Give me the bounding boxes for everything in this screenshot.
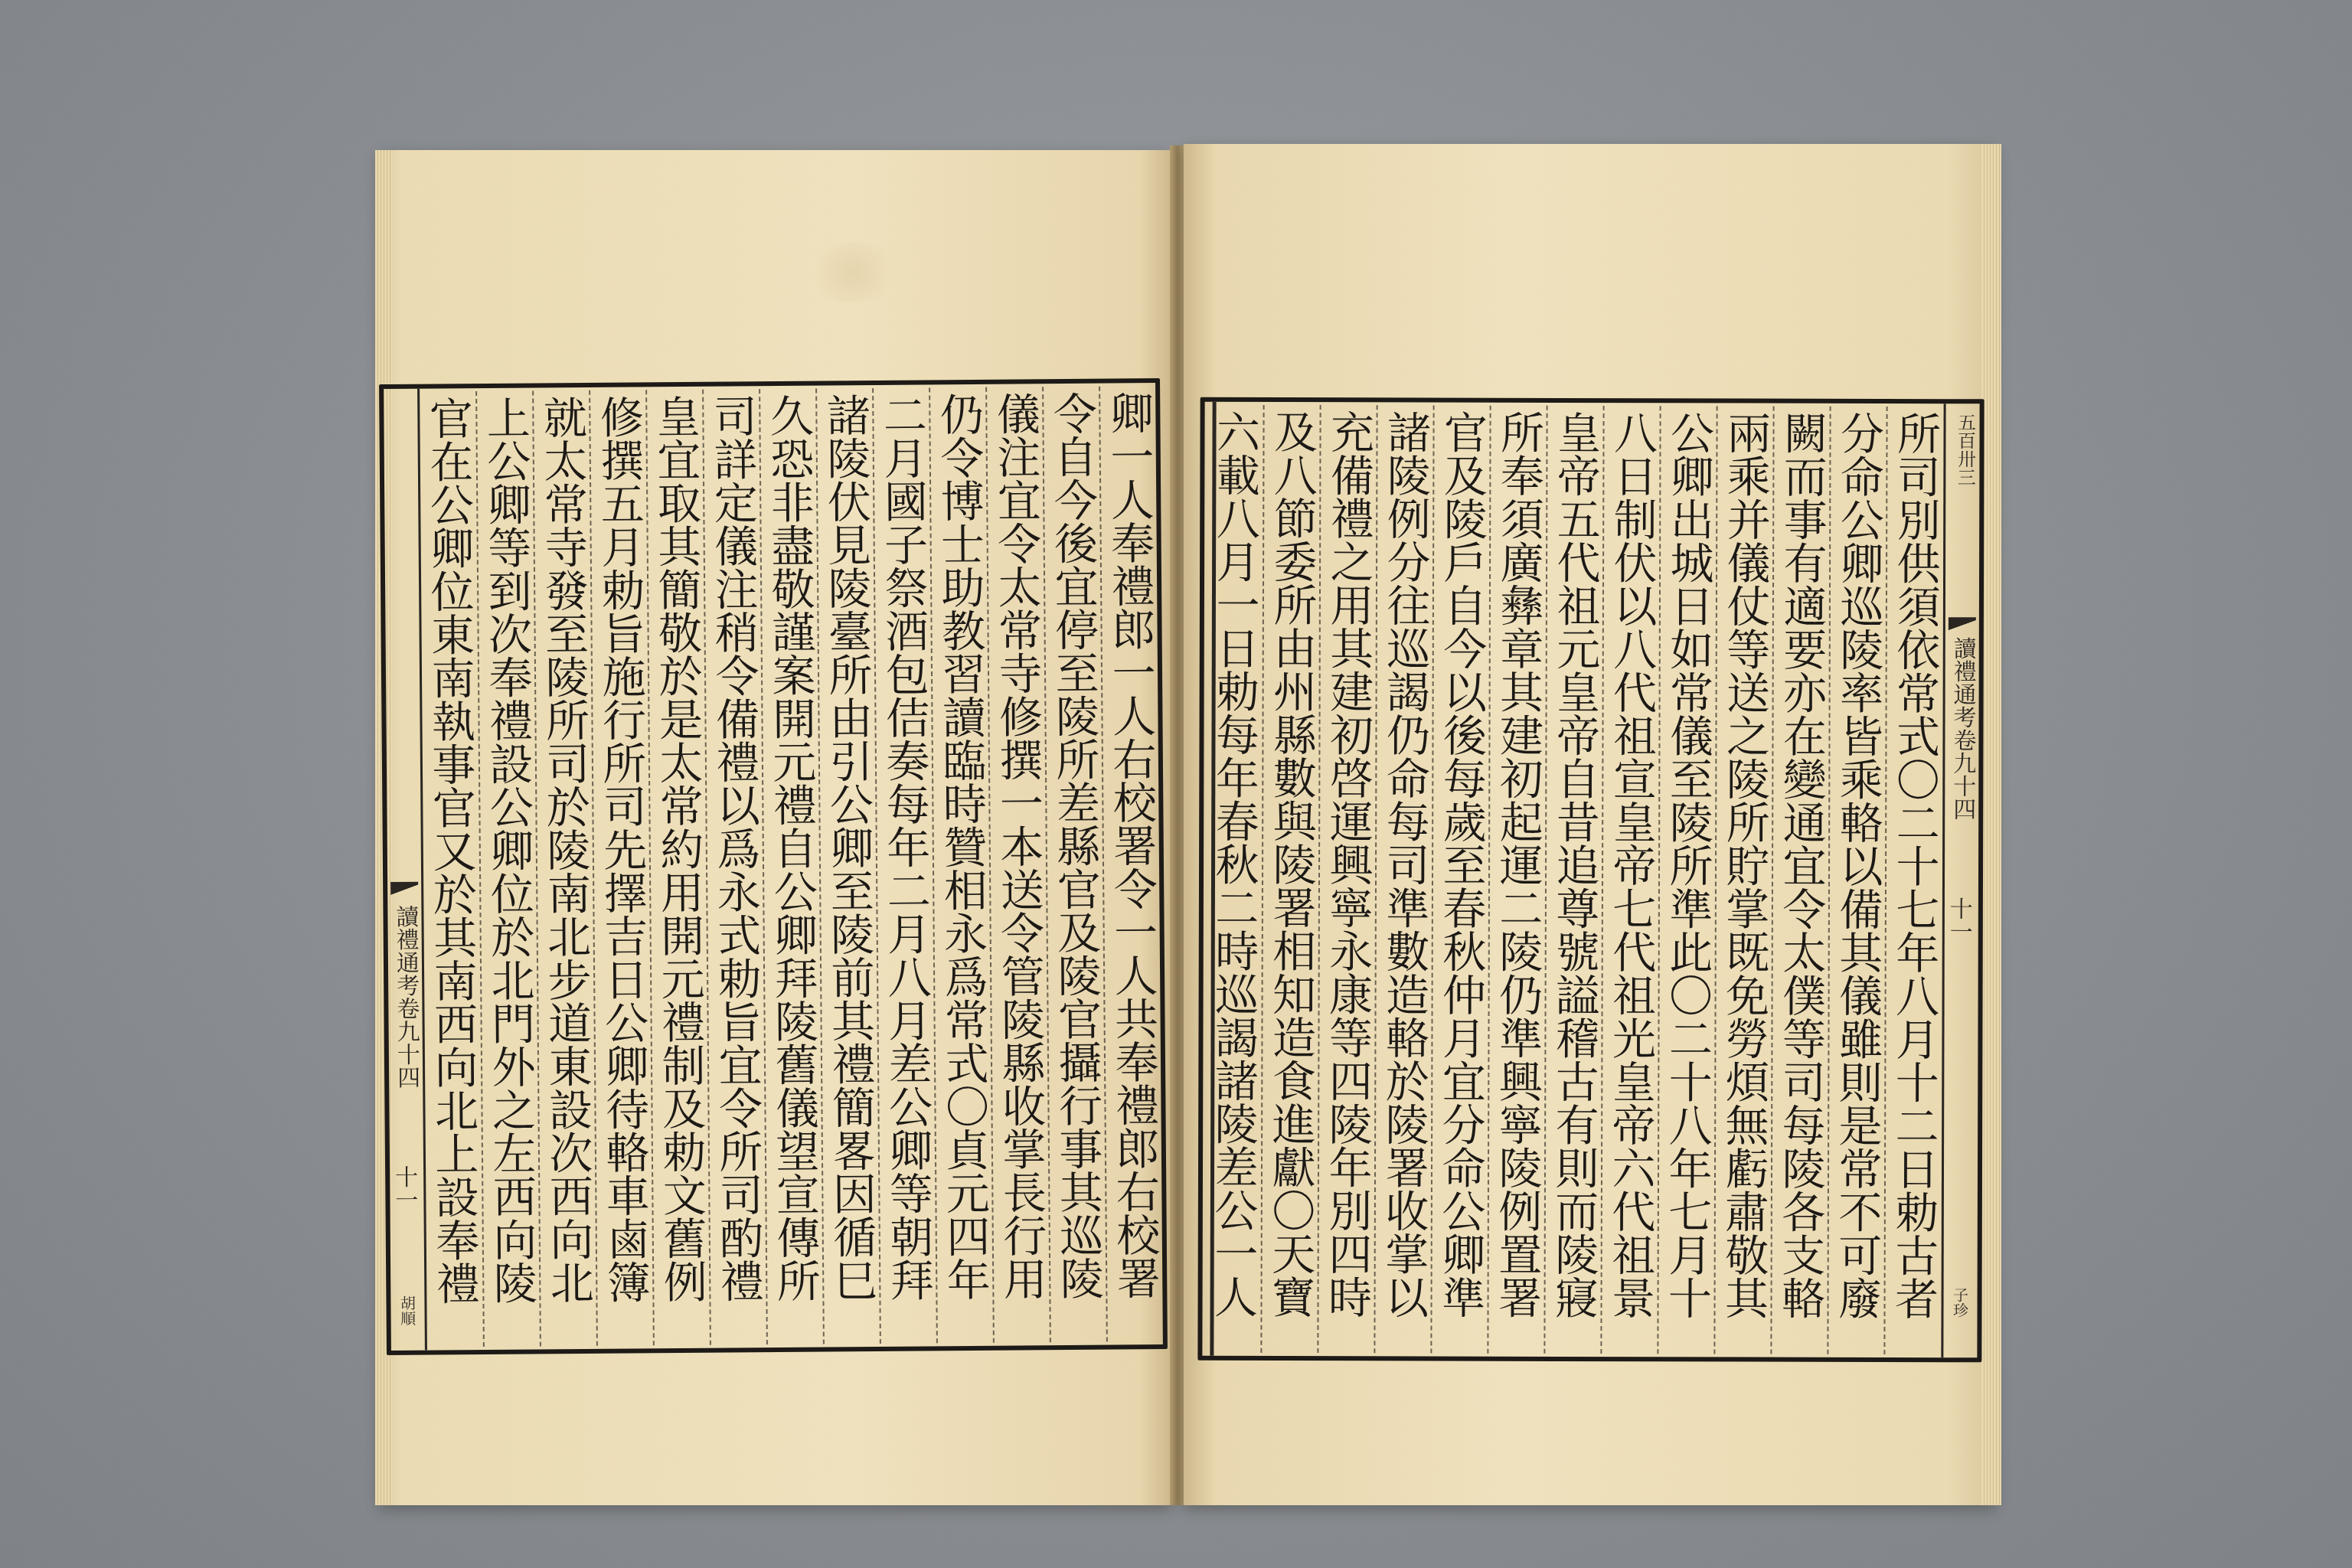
banxin-folio-number: 十一 bbox=[393, 1165, 420, 1211]
column-text: 八日制伏以八代祖宣皇帝七代祖光皇帝六代祖景 bbox=[1601, 406, 1660, 1354]
column-text: 及八節委所由州縣數與陵署相知造食進獻〇天寶 bbox=[1261, 405, 1320, 1353]
left-text-columns: 卿一人奉禮郎一人右校署令一人共奉禮郎右校署 令自今後宜停至陵所差縣官及陵官攝行事… bbox=[420, 386, 1163, 1347]
banxin-title: 讀禮通考卷九十四 bbox=[1946, 636, 1978, 820]
column-text: 所司別供須依常式〇二十七年八月十二日勅古者 bbox=[1884, 407, 1943, 1354]
column-text: 充備禮之用其建初啓運興寧永康等四陵年別四時 bbox=[1318, 405, 1377, 1353]
text-column: 令自今後宜停至陵所差縣官及陵官攝行事其巡陵 bbox=[1042, 387, 1106, 1343]
text-column: 所司別供須依常式〇二十七年八月十二日勅古者 bbox=[1883, 407, 1942, 1354]
text-column: 就太常寺發至陵所司於陵南北步道東設次西向北 bbox=[532, 390, 596, 1347]
column-text: 上公卿等到次奉禮設公卿位於北門外之左西向陵 bbox=[476, 390, 541, 1347]
text-column: 分命公卿巡陵率皆乘輅以備其儀雖則是常不可廢 bbox=[1827, 407, 1886, 1354]
column-text: 諸陵伏見陵臺所由引公卿至陵前其禮簡畧因循巳 bbox=[816, 388, 880, 1344]
right-banxin: 五百卅三 讀禮通考卷九十四 十一 子珍 bbox=[1943, 407, 1979, 1354]
text-column: 上公卿等到次奉禮設公卿位於北門外之左西向陵 bbox=[475, 390, 540, 1347]
column-text: 修撰五月勅旨施行所司先擇吉日公卿待輅車鹵簿 bbox=[590, 390, 654, 1346]
text-column: 六載八月一日勅每年春秋二時巡謁諸陵差公一人 bbox=[1204, 405, 1263, 1353]
text-column: 所奉須廣彝章其建初起運二陵仍準興寧陵例置署 bbox=[1487, 406, 1546, 1354]
text-column: 八日制伏以八代祖宣皇帝七代祖光皇帝六代祖景 bbox=[1600, 406, 1659, 1354]
column-text: 官及陵戶自今以後每歲至春秋仲月宜分命公卿準 bbox=[1431, 405, 1490, 1353]
column-text: 二月國子祭酒包佶奏每年二月八月差公卿等朝拜 bbox=[873, 387, 937, 1344]
right-text-frame: 所司別供須依常式〇二十七年八月十二日勅古者 分命公卿巡陵率皆乘輅以備其儀雖則是常… bbox=[1197, 397, 1984, 1363]
column-text: 令自今後宜停至陵所差縣官及陵官攝行事其巡陵 bbox=[1043, 387, 1107, 1343]
column-text: 官在公卿位東南執事官又於其南西向北上設奉禮 bbox=[419, 391, 483, 1347]
text-column: 皇帝五代祖元皇帝自昔追尊號謚稽古有則而陵寢 bbox=[1543, 406, 1602, 1354]
text-column: 諸陵例分往巡謁仍命每司準數造輅於陵署收掌以 bbox=[1374, 405, 1432, 1353]
text-column: 皇宜取其簡敬於是太常約用開元禮制及勅文舊例 bbox=[645, 390, 710, 1346]
banxin-carver-name: 胡順 bbox=[395, 1295, 418, 1326]
text-column: 卿一人奉禮郎一人右校署令一人共奉禮郎右校署 bbox=[1099, 386, 1163, 1342]
column-text: 皇宜取其簡敬於是太常約用開元禮制及勅文舊例 bbox=[646, 390, 710, 1346]
column-text: 皇帝五代祖元皇帝自昔追尊號謚稽古有則而陵寢 bbox=[1544, 406, 1603, 1354]
text-column: 司詳定儀注稍令備禮以爲永式勅旨宜令所司酌禮 bbox=[702, 389, 766, 1345]
paper-stain bbox=[807, 242, 899, 303]
text-column: 仍令博士助教習讀臨時贊相永爲常式〇貞元四年 bbox=[929, 387, 993, 1344]
column-text: 公卿出城日如常儀至陵所準此〇二十八年七月十 bbox=[1658, 406, 1717, 1354]
column-text: 諸陵例分往巡謁仍命每司準數造輅於陵署收掌以 bbox=[1374, 405, 1433, 1353]
text-column: 公卿出城日如常儀至陵所準此〇二十八年七月十 bbox=[1657, 406, 1716, 1354]
banxin-title: 讀禮通考卷九十四 bbox=[389, 905, 421, 1089]
right-text-columns: 所司別供須依常式〇二十七年八月十二日勅古者 分命公卿巡陵率皆乘輅以備其儀雖則是常… bbox=[1217, 405, 1942, 1354]
fishtail-mark-icon bbox=[390, 882, 418, 897]
text-column: 修撰五月勅旨施行所司先擇吉日公卿待輅車鹵簿 bbox=[589, 390, 653, 1346]
text-column: 官在公卿位東南執事官又於其南西向北上設奉禮 bbox=[419, 391, 483, 1347]
text-column: 儀注宜令太常寺修撰一本送令管陵縣收掌長行用 bbox=[985, 387, 1050, 1343]
column-text: 六載八月一日勅每年春秋二時巡謁諸陵差公一人 bbox=[1204, 405, 1263, 1353]
column-text: 久恐非盡敬謹案開元禮自公卿拜陵舊儀望宣傳所 bbox=[759, 389, 824, 1345]
column-text: 卿一人奉禮郎一人右校署令一人共奉禮郎右校署 bbox=[1099, 386, 1164, 1342]
text-column: 久恐非盡敬謹案開元禮自公卿拜陵舊儀望宣傳所 bbox=[759, 389, 823, 1345]
text-column: 闕而事有適要亦在變通宜令太僕等司每陵各支輅 bbox=[1770, 407, 1829, 1354]
column-text: 所奉須廣彝章其建初起運二陵仍準興寧陵例置署 bbox=[1488, 406, 1547, 1354]
text-column: 二月國子祭酒包佶奏每年二月八月差公卿等朝拜 bbox=[872, 387, 936, 1344]
right-page-stacked-edges bbox=[1981, 144, 2001, 1505]
text-column: 充備禮之用其建初啓運興寧永康等四陵年別四時 bbox=[1317, 405, 1376, 1353]
text-column: 諸陵伏見陵臺所由引公卿至陵前其禮簡畧因循巳 bbox=[815, 388, 880, 1344]
fishtail-mark-icon bbox=[1949, 617, 1976, 632]
column-text: 分命公卿巡陵率皆乘輅以備其儀雖則是常不可廢 bbox=[1828, 407, 1886, 1354]
column-text: 闕而事有適要亦在變通宜令太僕等司每陵各支輅 bbox=[1771, 407, 1830, 1354]
column-text: 儀注宜令太常寺修撰一本送令管陵縣收掌長行用 bbox=[986, 387, 1050, 1343]
left-text-frame: 讀禮通考卷九十四 十一 胡順 卿一人奉禮郎一人右校署令一人共奉禮郎右校署 令自今… bbox=[379, 378, 1168, 1355]
column-text: 就太常寺發至陵所司於陵南北步道東設次西向北 bbox=[533, 390, 597, 1347]
banxin-folio-number: 十一 bbox=[1948, 897, 1975, 942]
text-column: 官及陵戶自今以後每歲至春秋仲月宜分命公卿準 bbox=[1430, 405, 1489, 1353]
column-text: 司詳定儀注稍令備禮以爲永式勅旨宜令所司酌禮 bbox=[703, 389, 767, 1345]
book-gutter bbox=[1170, 145, 1185, 1505]
text-column: 及八節委所由州縣數與陵署相知造食進獻〇天寶 bbox=[1260, 405, 1319, 1353]
page-headnote: 五百卅三 bbox=[1952, 413, 1978, 486]
column-text: 仍令博士助教習讀臨時贊相永爲常式〇貞元四年 bbox=[929, 387, 994, 1344]
banxin-carver-name: 子珍 bbox=[1949, 1287, 1971, 1318]
text-column: 兩乘并儀仗等送之陵所貯掌既免勞煩無虧肅敬其 bbox=[1713, 406, 1772, 1354]
column-text: 兩乘并儀仗等送之陵所貯掌既免勞煩無虧肅敬其 bbox=[1714, 406, 1773, 1354]
